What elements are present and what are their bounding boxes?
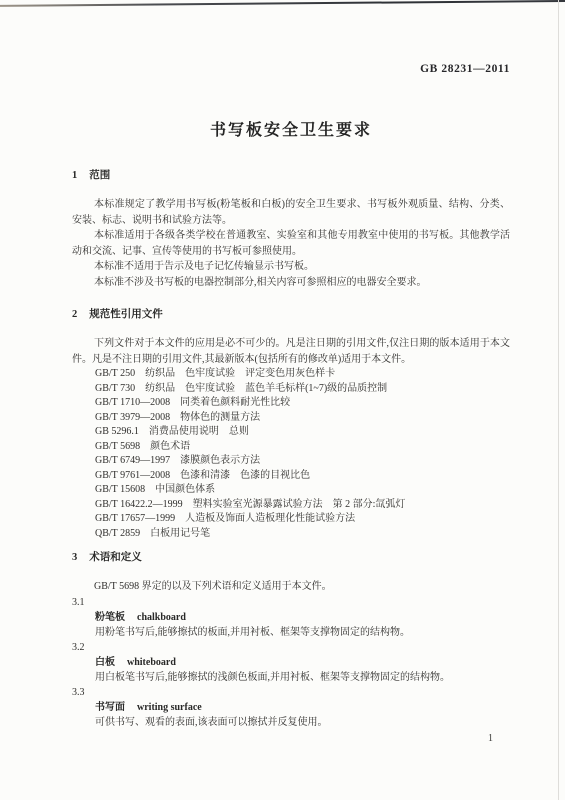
reference-item: GB/T 730 纺织品 色牢度试验 蓝色羊毛标样(1~7)级的品质控制 bbox=[95, 382, 510, 397]
term-name-zh: 粉笔板 bbox=[95, 612, 125, 623]
reference-item: GB/T 9761—2008 色漆和清漆 色漆的目视比色 bbox=[95, 469, 510, 484]
reference-list: GB/T 250 纺织品 色牢度试验 评定变色用灰色样卡 GB/T 730 纺织… bbox=[72, 367, 510, 541]
section-number: 2 bbox=[72, 307, 77, 322]
terms-intro-group: GB/T 5698 界定的以及下列术语和定义适用于本文件。 bbox=[72, 579, 510, 595]
term-name-zh: 白板 bbox=[95, 657, 115, 668]
scan-page-right-edge bbox=[558, 0, 559, 800]
reference-item: GB/T 15608 中国颜色体系 bbox=[95, 483, 510, 498]
paragraph: 本标准规定了教学用书写板(粉笔板和白板)的安全卫生要求、书写板外观质量、结构、分… bbox=[72, 197, 510, 228]
section-heading-terms: 3术语和定义 bbox=[72, 550, 510, 565]
section-title: 规范性引用文件 bbox=[89, 307, 163, 322]
reference-item: QB/T 2859 白板用记号笔 bbox=[95, 527, 510, 542]
term-number: 3.3 bbox=[72, 685, 510, 700]
term-definition: 可供书写、观看的表面,该表面可以擦拭并反复使用。 bbox=[72, 715, 510, 730]
reference-item: GB/T 3979—2008 物体色的测量方法 bbox=[95, 411, 510, 426]
reference-item: GB/T 17657—1999 人造板及饰面人造板理化性能试验方法 bbox=[95, 512, 510, 527]
reference-item: GB/T 1710—2008 同类着色颜料耐光性比较 bbox=[95, 396, 510, 411]
section-number: 3 bbox=[72, 550, 77, 565]
term-name: 粉笔板chalkboard bbox=[72, 610, 510, 625]
term-number: 3.1 bbox=[72, 595, 510, 610]
paragraph: 本标准适用于各级各类学校在普通教室、实验室和其他专用教室中使用的书写板。其他教学… bbox=[72, 228, 510, 259]
paragraph: 本标准不适用于告示及电子记忆传输显示书写板。 bbox=[72, 259, 510, 275]
term-name-en: chalkboard bbox=[137, 612, 186, 623]
section-number: 1 bbox=[72, 168, 77, 183]
reference-item: GB/T 5698 颜色术语 bbox=[95, 440, 510, 455]
term-entry: 3.1 粉笔板chalkboard 用粉笔书写后,能够擦拭的板面,并用衬板、框架… bbox=[72, 595, 510, 640]
paragraph: GB/T 5698 界定的以及下列术语和定义适用于本文件。 bbox=[72, 579, 510, 595]
term-name-zh: 书写面 bbox=[95, 702, 125, 713]
term-definition: 用白板笔书写后,能够擦拭的浅颜色板面,并用衬板、框架等支撑物固定的结构物。 bbox=[72, 670, 510, 685]
section-title: 术语和定义 bbox=[89, 550, 142, 565]
scanned-document-page: GB 28231—2011 书写板安全卫生要求 1范围 本标准规定了教学用书写板… bbox=[0, 0, 565, 800]
term-name-en: whiteboard bbox=[127, 657, 176, 668]
document-title: 书写板安全卫生要求 bbox=[72, 119, 510, 143]
paragraph: 本标准不涉及书写板的电器控制部分,相关内容可参照相应的电器安全要求。 bbox=[72, 275, 510, 291]
standard-code: GB 28231—2011 bbox=[72, 62, 510, 76]
scope-paragraphs: 本标准规定了教学用书写板(粉笔板和白板)的安全卫生要求、书写板外观质量、结构、分… bbox=[72, 197, 510, 290]
page-content: GB 28231—2011 书写板安全卫生要求 1范围 本标准规定了教学用书写板… bbox=[72, 62, 510, 745]
term-definition: 用粉笔书写后,能够擦拭的板面,并用衬板、框架等支撑物固定的结构物。 bbox=[72, 625, 510, 640]
section-title: 范围 bbox=[89, 168, 110, 183]
term-name-en: writing surface bbox=[137, 702, 202, 713]
page-number: 1 bbox=[72, 732, 510, 745]
scan-edge-artifact bbox=[0, 0, 565, 7]
paragraph: 下列文件对于本文件的应用是必不可少的。凡是注日期的引用文件,仅注日期的版本适用于… bbox=[72, 336, 510, 367]
section-heading-scope: 1范围 bbox=[72, 168, 510, 183]
term-entry: 3.3 书写面writing surface 可供书写、观看的表面,该表面可以擦… bbox=[72, 685, 510, 730]
term-name: 书写面writing surface bbox=[72, 700, 510, 715]
term-entry: 3.2 白板whiteboard 用白板笔书写后,能够擦拭的浅颜色板面,并用衬板… bbox=[72, 640, 510, 685]
reference-item: GB 5296.1 消费品使用说明 总则 bbox=[95, 425, 510, 440]
reference-item: GB/T 250 纺织品 色牢度试验 评定变色用灰色样卡 bbox=[95, 367, 510, 382]
section-heading-normative-references: 2规范性引用文件 bbox=[72, 307, 510, 322]
term-number: 3.2 bbox=[72, 640, 510, 655]
reference-item: GB/T 6749—1997 漆膜颜色表示方法 bbox=[95, 454, 510, 469]
reference-item: GB/T 16422.2—1999 塑料实验室光源暴露试验方法 第 2 部分:氙… bbox=[95, 498, 510, 513]
term-name: 白板whiteboard bbox=[72, 655, 510, 670]
references-intro-group: 下列文件对于本文件的应用是必不可少的。凡是注日期的引用文件,仅注日期的版本适用于… bbox=[72, 336, 510, 367]
